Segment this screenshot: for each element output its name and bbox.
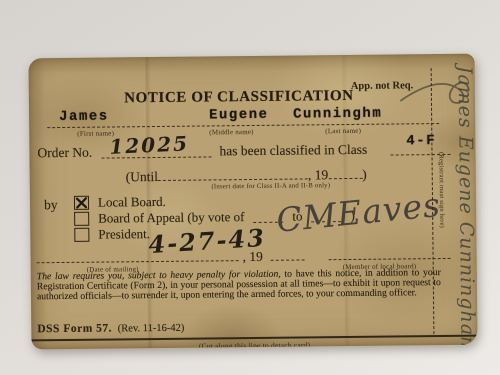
local-board-checkbox	[74, 196, 89, 210]
president-checkbox	[74, 228, 89, 242]
order-number-line	[102, 156, 212, 158]
form-revision: (Rev. 11-16-42)	[118, 323, 185, 335]
order-number-value: 12025	[109, 131, 190, 159]
by-option-local-board: Local Board.	[74, 194, 166, 211]
last-name-value: Cunninghm	[293, 106, 382, 123]
form-number: DSS Form 57.	[37, 322, 112, 335]
until-close: )	[362, 167, 367, 182]
registrant-signature: James Eugene Cunningham	[454, 66, 478, 336]
until-year: , 19	[308, 167, 328, 182]
mailing-year-blank	[271, 259, 305, 260]
order-no-label: Order No.	[37, 145, 92, 162]
first-name-value: James	[59, 109, 109, 126]
board-of-appeal-label: Board of Appeal (by vote of	[98, 209, 244, 227]
photo-background: App. not Req. NOTICE OF CLASSIFICATION J…	[0, 0, 500, 375]
until-blank	[158, 170, 308, 181]
card-title: NOTICE OF CLASSIFICATION	[89, 88, 389, 108]
form-number-line: DSS Form 57. (Rev. 11-16-42)	[37, 322, 184, 336]
local-board-label: Local Board.	[98, 194, 166, 211]
x-mark-icon	[75, 197, 88, 209]
board-of-appeal-checkbox	[74, 212, 89, 226]
by-label: by	[44, 197, 58, 213]
mailing-date-line	[37, 260, 239, 263]
classification-card: App. not Req. NOTICE OF CLASSIFICATION J…	[28, 54, 477, 350]
last-name-label: (Last name)	[325, 127, 361, 135]
classified-in-class-text: has been classified in Class	[219, 142, 367, 160]
middle-name-label: (Middle name)	[209, 128, 253, 136]
registrant-sign-instruction: (Registrant must sign here)	[437, 152, 445, 274]
by-option-president: President.	[74, 226, 150, 243]
president-label: President.	[98, 226, 150, 243]
until-caption: (Insert date for Class II-A and II-B onl…	[158, 182, 384, 191]
board-member-signature: CMEaves	[275, 185, 443, 240]
mailing-year-text: , 19	[242, 249, 262, 265]
until-prefix: (Until	[126, 169, 158, 184]
legal-text: The law requires you, subject to heavy p…	[37, 268, 441, 303]
until-year-blank	[328, 169, 362, 179]
middle-name-value: Eugene	[209, 107, 269, 124]
